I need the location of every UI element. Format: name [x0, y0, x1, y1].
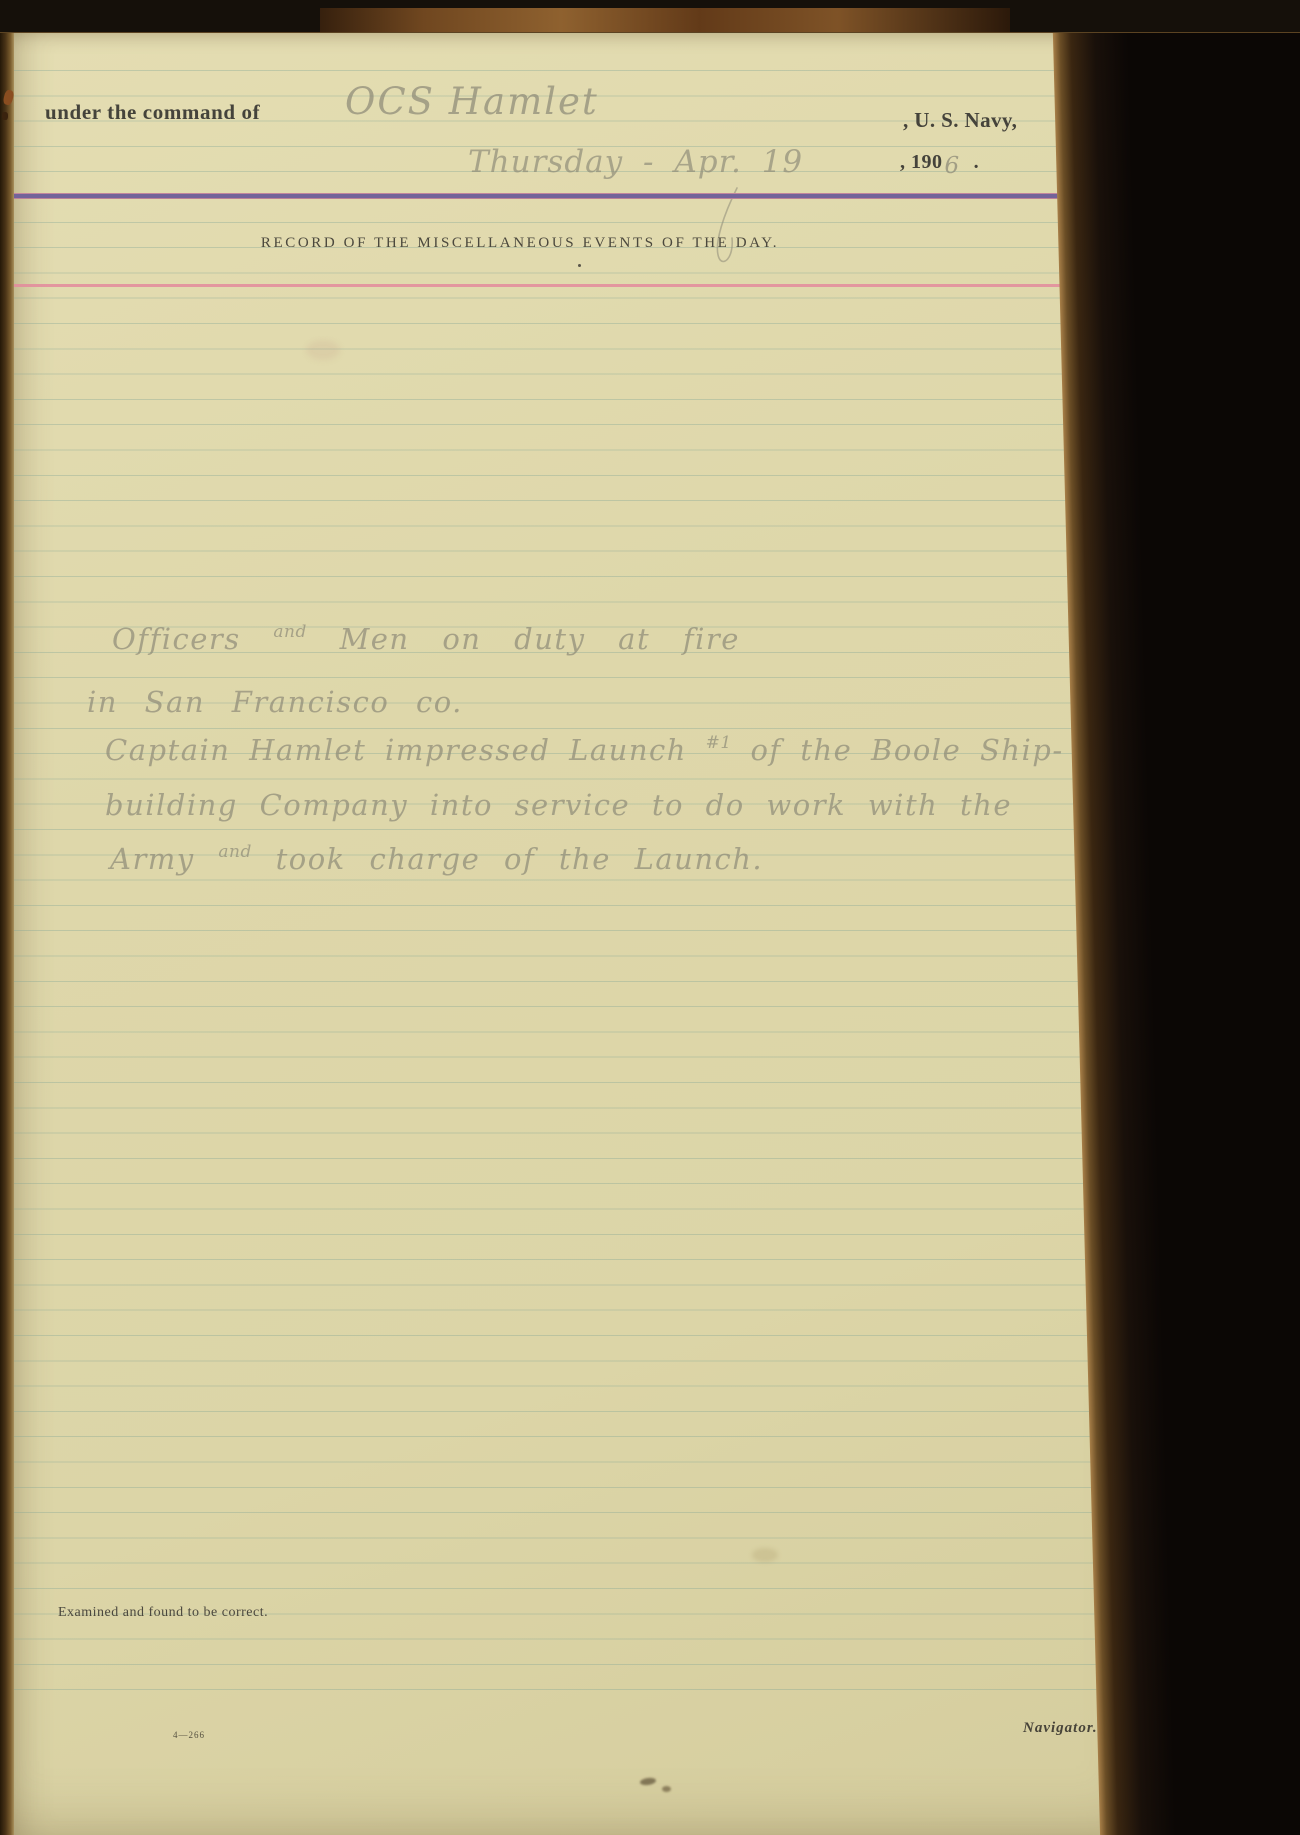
log-entry-line-5: Army and took charge of the Launch.	[110, 842, 763, 876]
log-text: Army	[110, 842, 195, 876]
year-prefix-label: , 190	[900, 151, 943, 174]
log-text: of the Boole Ship-	[750, 733, 1063, 767]
form-number: 4—266	[173, 1730, 205, 1740]
year-line: , 190 6 .	[900, 151, 979, 177]
binding-edge	[0, 0, 14, 1835]
ruled-feint-lines	[10, 70, 1110, 1695]
date-handwriting: Thursday - Apr. 19	[468, 144, 803, 180]
logbook-scan: under the command of OCS Hamlet , U. S. …	[0, 0, 1300, 1835]
year-period-label: .	[974, 151, 980, 174]
log-inserted-word: and	[273, 622, 306, 642]
log-text: took charge of the Launch.	[276, 842, 764, 876]
log-text: Men on duty at fire	[340, 622, 740, 656]
ink-smudge	[640, 1777, 657, 1786]
navigator-signature-label: Navigator.	[1023, 1720, 1098, 1737]
commander-name-handwriting: OCS Hamlet	[345, 80, 599, 123]
purple-rule	[10, 193, 1110, 199]
log-entry-line-1: Officers and Men on duty at fire	[112, 622, 740, 656]
log-inserted-word: and	[218, 842, 251, 862]
log-text: Captain Hamlet impressed Launch	[105, 733, 687, 767]
ink-smudge	[662, 1786, 671, 1792]
print-speck	[578, 264, 581, 267]
log-superscript-number: #1	[706, 733, 732, 753]
navy-suffix-label: , U. S. Navy,	[903, 108, 1017, 133]
command-prefix-label: under the command of	[45, 100, 260, 125]
marbled-cover-edge	[320, 8, 1010, 32]
paper-stain	[752, 1548, 778, 1562]
pink-rule	[10, 284, 1110, 287]
log-entry-line-2: in San Francisco co.	[87, 685, 463, 719]
year-digit-handwriting: 6	[945, 153, 960, 179]
logbook-page: under the command of OCS Hamlet , U. S. …	[10, 30, 1110, 1835]
examined-note: Examined and found to be correct.	[58, 1605, 268, 1621]
log-entry-line-3: Captain Hamlet impressed Launch #1 of th…	[105, 733, 1064, 767]
log-text: Officers	[112, 622, 241, 656]
binding-stitch	[2, 112, 8, 120]
top-scan-edge	[0, 0, 1300, 33]
log-entry-line-4: building Company into service to do work…	[105, 788, 1012, 822]
paper-stain	[306, 340, 340, 360]
section-title: RECORD OF THE MISCELLANEOUS EVENTS OF TH…	[10, 235, 1030, 252]
